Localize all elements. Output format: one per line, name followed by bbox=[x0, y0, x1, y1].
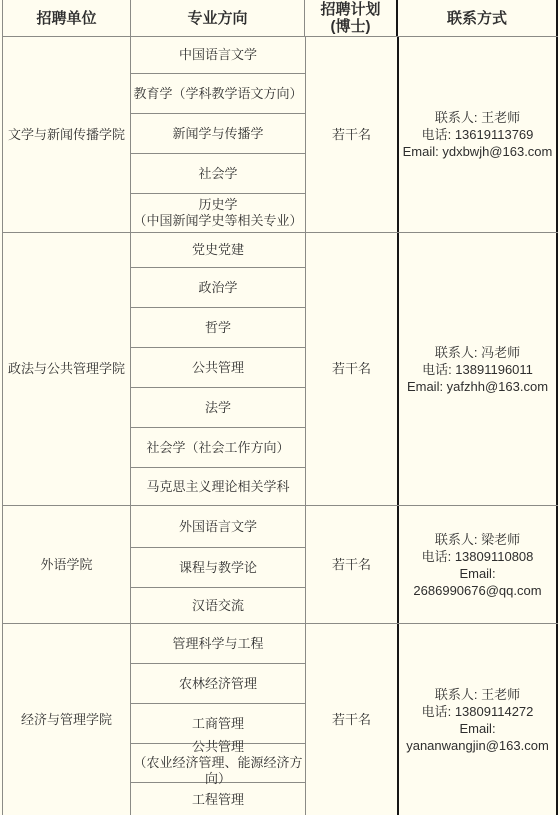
contact-phone: 电话: 13809114272 bbox=[422, 703, 534, 720]
unit-cell: 经济与管理学院 bbox=[3, 624, 131, 815]
major-cell: 教育学（学科教学语文方向） bbox=[131, 74, 305, 114]
contact-phone: 电话: 13891196011 bbox=[422, 361, 533, 378]
major-cell: 社会学（社会工作方向） bbox=[131, 428, 305, 468]
contact-person: 联系人: 梁老师 bbox=[435, 531, 520, 548]
majors-cell-group: 外国语言文学 课程与教学论 汉语交流 bbox=[131, 506, 306, 623]
majors-cell-group: 管理科学与工程 农林经济管理 工商管理 公共管理 （农业经济管理、能源经济方向）… bbox=[131, 624, 306, 815]
major-cell: 工程管理 bbox=[131, 783, 305, 815]
major-cell: 中国语言文学 bbox=[131, 37, 305, 74]
header-cell-major: 专业方向 bbox=[131, 0, 305, 36]
majors-cell-group: 中国语言文学 教育学（学科教学语文方向） 新闻学与传播学 社会学 历史学 （中国… bbox=[131, 37, 306, 232]
unit-cell: 文学与新闻传播学院 bbox=[3, 37, 131, 232]
table-row: 经济与管理学院 管理科学与工程 农林经济管理 工商管理 公共管理 （农业经济管理… bbox=[3, 624, 558, 815]
major-cell: 汉语交流 bbox=[131, 588, 305, 623]
major-cell: 马克思主义理论相关学科 bbox=[131, 468, 305, 505]
major-cell: 法学 bbox=[131, 388, 305, 428]
contact-email: Email: ydxbwjh@163.com bbox=[403, 143, 553, 160]
header-cell-plan: 招聘计划 (博士) bbox=[305, 0, 398, 36]
plan-cell: 若干名 bbox=[306, 37, 399, 232]
contact-person: 联系人: 冯老师 bbox=[435, 344, 520, 361]
contact-email: Email: yananwangjin@163.com bbox=[399, 720, 556, 754]
table-row: 外语学院 外国语言文学 课程与教学论 汉语交流 若干名 联系人: 梁老师 电话:… bbox=[3, 506, 558, 624]
contact-cell: 联系人: 王老师 电话: 13619113769 Email: ydxbwjh@… bbox=[399, 37, 558, 232]
recruitment-table-page: 招聘单位 专业方向 招聘计划 (博士) 联系方式 文学与新闻传播学院 中国语言文… bbox=[0, 0, 560, 815]
major-cell: 新闻学与传播学 bbox=[131, 114, 305, 154]
contact-email: Email: yafzhh@163.com bbox=[407, 378, 548, 395]
plan-cell: 若干名 bbox=[306, 624, 399, 815]
major-cell: 管理科学与工程 bbox=[131, 624, 305, 664]
major-cell: 课程与教学论 bbox=[131, 548, 305, 588]
table-header-row: 招聘单位 专业方向 招聘计划 (博士) 联系方式 bbox=[3, 0, 558, 37]
contact-phone: 电话: 13619113769 bbox=[422, 126, 534, 143]
contact-email: Email: 2686990676@qq.com bbox=[399, 565, 556, 599]
major-cell: 外国语言文学 bbox=[131, 506, 305, 548]
major-cell: 党史党建 bbox=[131, 233, 305, 268]
plan-cell: 若干名 bbox=[306, 506, 399, 623]
contact-cell: 联系人: 梁老师 电话: 13809110808 Email: 26869906… bbox=[399, 506, 558, 623]
majors-cell-group: 党史党建 政治学 哲学 公共管理 法学 社会学（社会工作方向） 马克思主义理论相… bbox=[131, 233, 306, 505]
recruitment-table: 招聘单位 专业方向 招聘计划 (博士) 联系方式 文学与新闻传播学院 中国语言文… bbox=[2, 0, 558, 815]
major-cell: 公共管理 bbox=[131, 348, 305, 388]
unit-cell: 外语学院 bbox=[3, 506, 131, 623]
plan-cell: 若干名 bbox=[306, 233, 399, 505]
contact-phone: 电话: 13809110808 bbox=[422, 548, 534, 565]
table-row: 文学与新闻传播学院 中国语言文学 教育学（学科教学语文方向） 新闻学与传播学 社… bbox=[3, 37, 558, 233]
header-cell-unit: 招聘单位 bbox=[3, 0, 131, 36]
unit-cell: 政法与公共管理学院 bbox=[3, 233, 131, 505]
major-cell: 农林经济管理 bbox=[131, 664, 305, 704]
contact-person: 联系人: 王老师 bbox=[435, 686, 520, 703]
header-cell-contact: 联系方式 bbox=[398, 0, 558, 36]
major-cell: 社会学 bbox=[131, 154, 305, 194]
major-cell: 历史学 （中国新闻学史等相关专业） bbox=[131, 194, 305, 232]
major-cell: 公共管理 （农业经济管理、能源经济方向） bbox=[131, 744, 305, 783]
table-row: 政法与公共管理学院 党史党建 政治学 哲学 公共管理 法学 社会学（社会工作方向… bbox=[3, 233, 558, 506]
contact-cell: 联系人: 冯老师 电话: 13891196011 Email: yafzhh@1… bbox=[399, 233, 558, 505]
contact-person: 联系人: 王老师 bbox=[435, 109, 520, 126]
major-cell: 政治学 bbox=[131, 268, 305, 308]
contact-cell: 联系人: 王老师 电话: 13809114272 Email: yananwan… bbox=[399, 624, 558, 815]
major-cell: 哲学 bbox=[131, 308, 305, 348]
major-cell: 工商管理 bbox=[131, 704, 305, 744]
